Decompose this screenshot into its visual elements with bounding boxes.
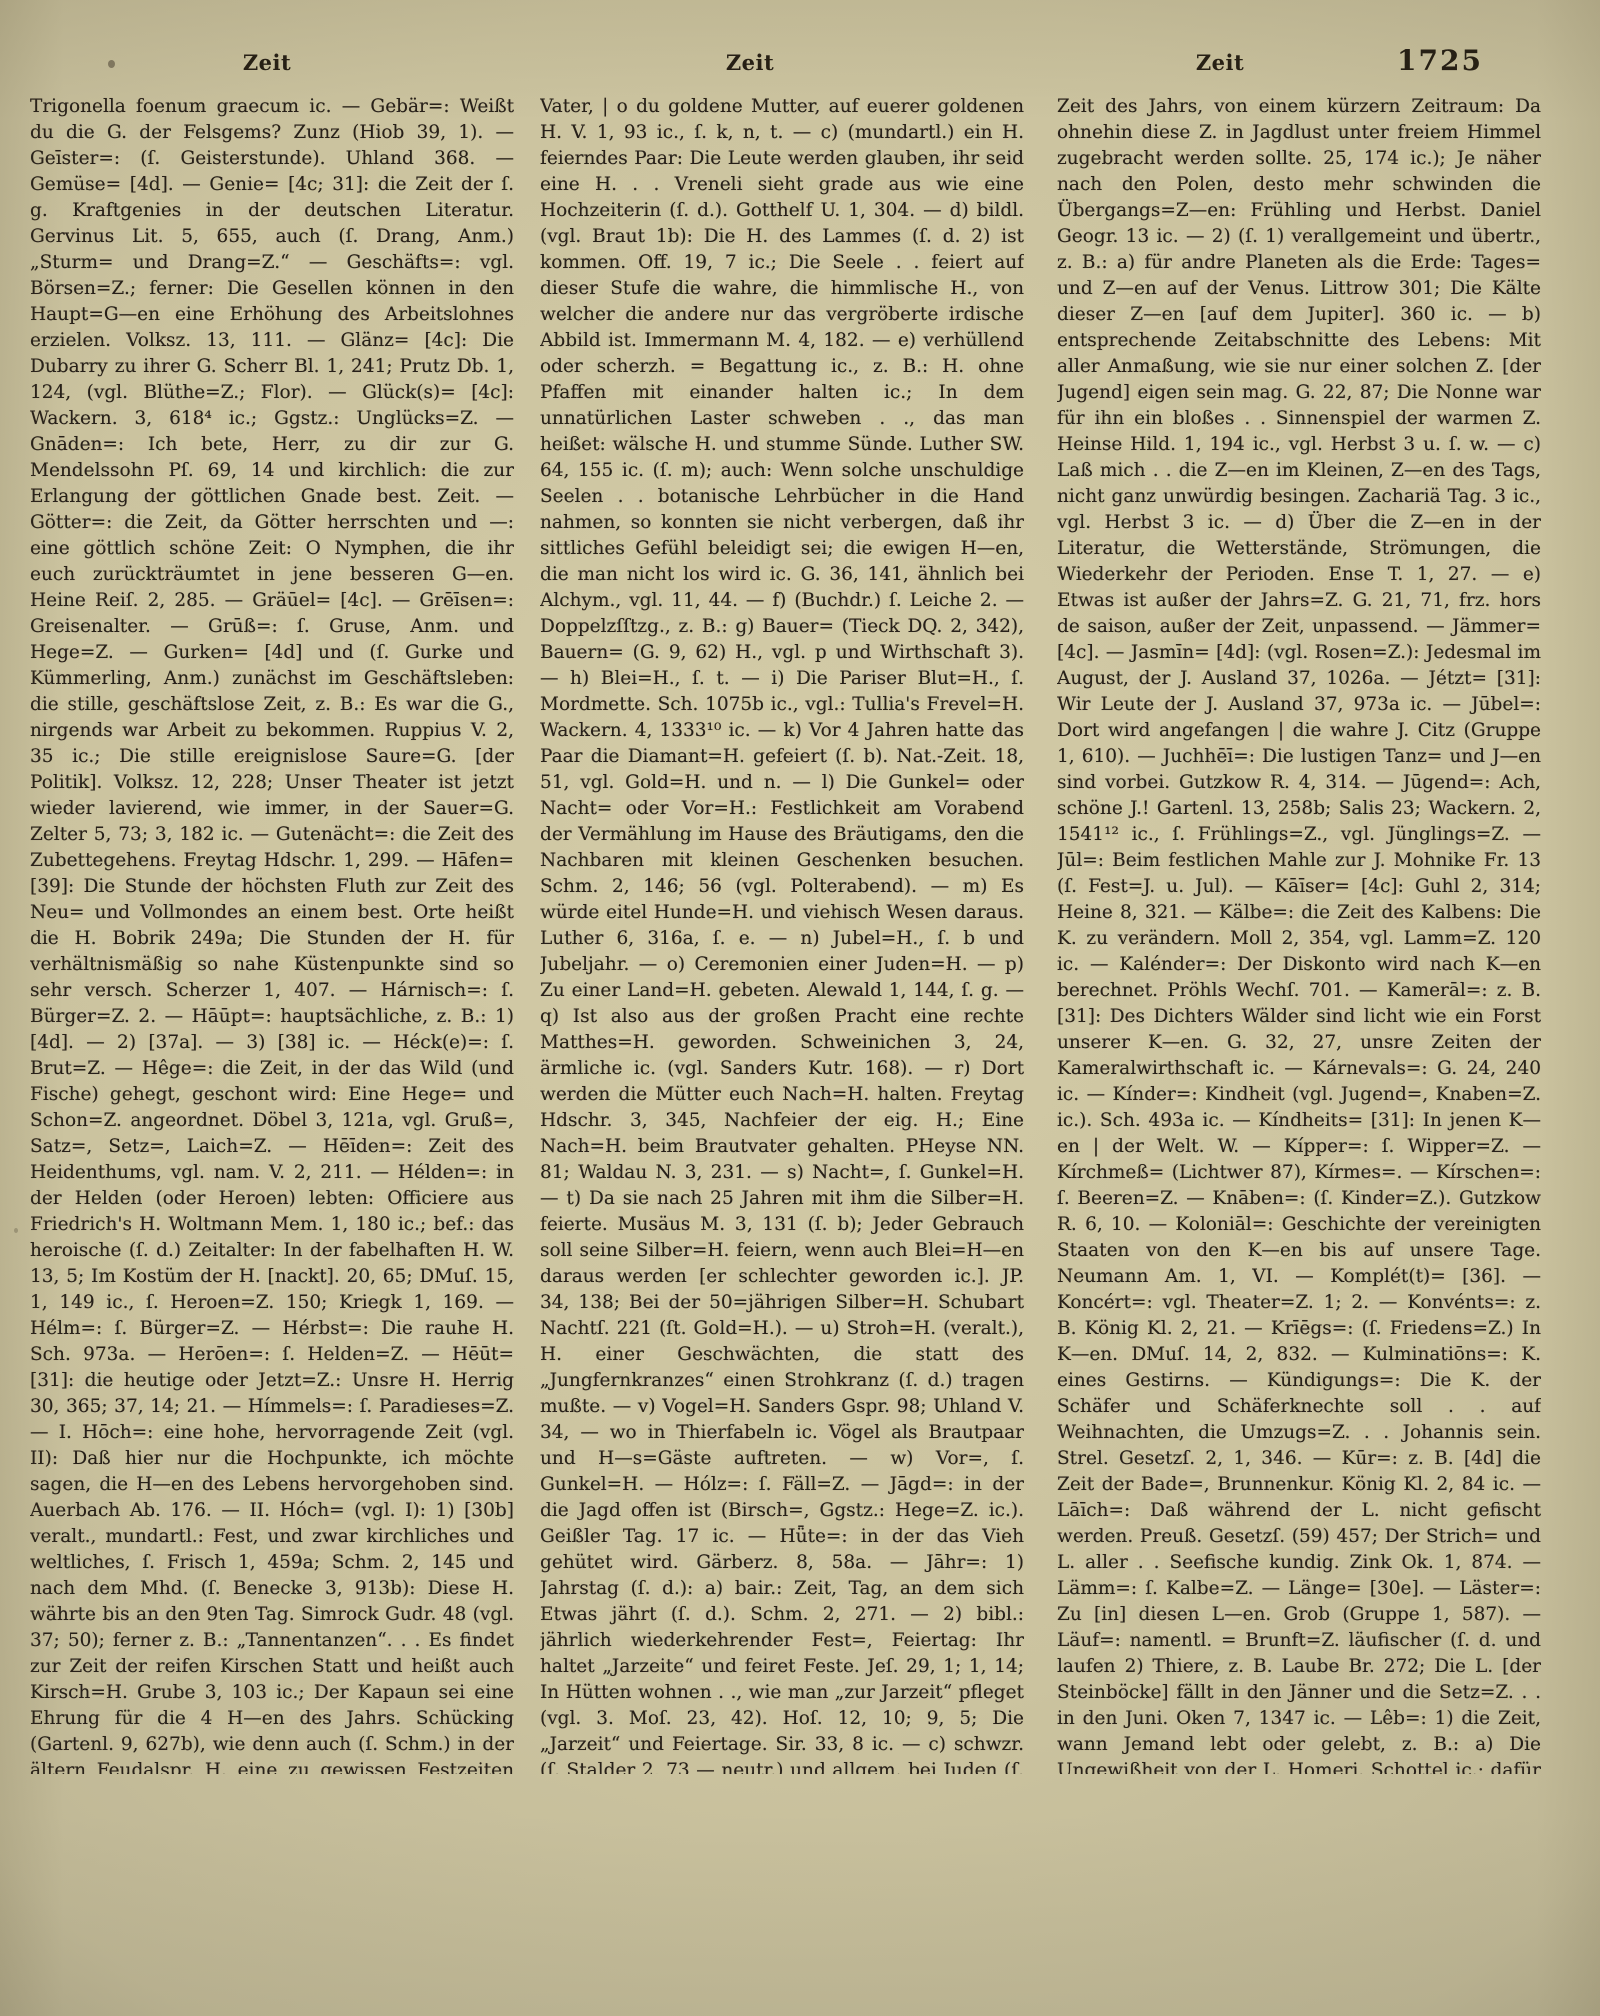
text-column-3: Zeit des Jahrs, von einem kürzern Zeitra… xyxy=(1057,94,1541,1774)
text-column-1: Trigonella foenum graecum ic. — Gebär=: … xyxy=(30,94,514,1774)
running-head-title-left: Zeit xyxy=(167,50,367,75)
page-number: 1725 xyxy=(1380,44,1500,77)
text-column-2: Vater, | o du goldene Mutter, auf euerer… xyxy=(540,94,1024,1774)
scanned-page: Zeit Zeit Zeit 1725 Trigonella foenum gr… xyxy=(0,0,1600,2016)
running-head-title-right: Zeit xyxy=(1120,50,1320,75)
running-head-title-center: Zeit xyxy=(650,50,850,75)
paper-speck xyxy=(14,1228,18,1233)
running-head: Zeit Zeit Zeit 1725 xyxy=(0,44,1600,84)
